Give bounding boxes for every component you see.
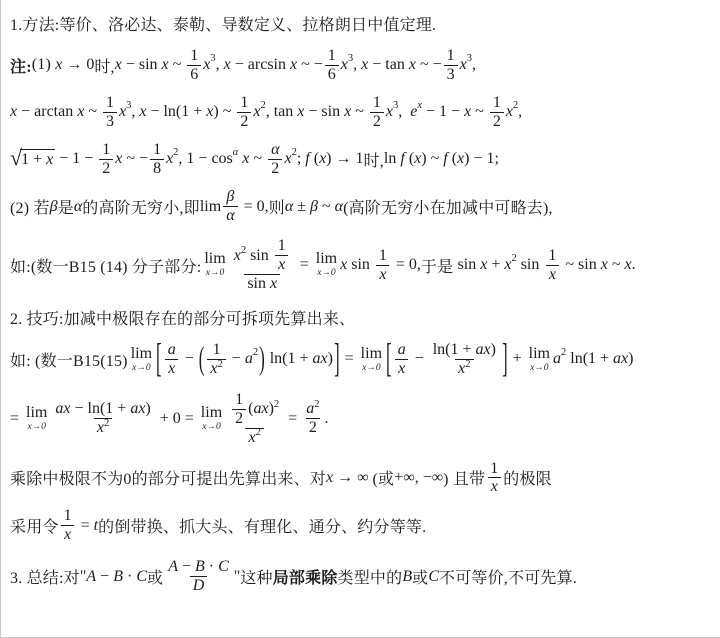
text-run: − sin bbox=[304, 103, 344, 121]
fraction: 12 bbox=[99, 141, 113, 178]
text-run: 如:(数一B15 (14) 分子部分: bbox=[10, 254, 201, 277]
text-run: C bbox=[428, 568, 439, 586]
text-run: ax bbox=[55, 400, 70, 418]
text-run: , bbox=[178, 150, 186, 168]
text-run: ~ bbox=[249, 150, 266, 168]
text-run: sin bbox=[246, 247, 273, 265]
text-run: 时, bbox=[94, 54, 114, 77]
text-run: 于是 bbox=[421, 254, 458, 277]
text-run: 乘除中极限不为0的部分可提出先算出来、对 bbox=[10, 466, 326, 489]
fraction-numerator: β bbox=[223, 188, 237, 206]
fraction-numerator: 1 bbox=[237, 94, 251, 112]
fraction-numerator: 1 bbox=[232, 391, 246, 409]
text-run: = 0, bbox=[392, 256, 421, 274]
text-run: ~ sin bbox=[561, 256, 600, 274]
fraction: βα bbox=[223, 188, 237, 225]
fraction-denominator: α bbox=[223, 206, 237, 225]
text-run: 3 bbox=[447, 66, 455, 84]
text-run: a bbox=[553, 350, 561, 368]
text-run: − bbox=[178, 558, 195, 576]
text-run: f bbox=[305, 150, 313, 168]
text-run: = bbox=[341, 350, 358, 368]
superscript: 2 bbox=[256, 428, 261, 439]
fraction-denominator: D bbox=[190, 576, 208, 595]
superscript: 2 bbox=[561, 348, 566, 359]
fraction: 1x bbox=[545, 247, 559, 284]
superscript: 2 bbox=[104, 419, 109, 430]
text-run: 或 bbox=[147, 565, 163, 588]
text-run: (高阶无穷小在加减中可略去), bbox=[343, 195, 553, 218]
fraction-numerator: 1 bbox=[210, 341, 224, 359]
text-run: (或 bbox=[373, 466, 395, 489]
text-run: a bbox=[306, 400, 314, 418]
text-run: x bbox=[234, 247, 241, 265]
text-run: 2 bbox=[373, 113, 381, 131]
text-run: B bbox=[195, 558, 205, 576]
text-run: x bbox=[253, 103, 260, 121]
text-run: 是 bbox=[58, 195, 74, 218]
text-run: 1 bbox=[373, 94, 381, 112]
fraction-numerator: 1 bbox=[61, 507, 75, 525]
limit-operator: limx→0 bbox=[361, 346, 382, 374]
text-run: 1 bbox=[447, 47, 455, 65]
text-run: x bbox=[290, 56, 297, 74]
text-run: ax bbox=[130, 400, 145, 418]
text-run: · bbox=[123, 568, 136, 586]
limit-subscript: x→0 bbox=[27, 423, 45, 433]
text-run: x bbox=[210, 360, 217, 378]
fraction-denominator: x bbox=[275, 255, 288, 274]
text-run: − bbox=[181, 350, 198, 368]
text-run: = bbox=[77, 517, 94, 535]
fraction: 12 bbox=[370, 94, 384, 131]
fraction-denominator: x bbox=[165, 359, 178, 378]
text-run: x bbox=[506, 103, 513, 121]
text-run: x bbox=[409, 56, 416, 74]
text-run: x bbox=[284, 150, 291, 168]
text-run: ~ − bbox=[416, 56, 442, 74]
document-content: 1.方法:等价、洛必达、泰勒、导数定义、拉格朗日中值定理.注:(1) x → 0… bbox=[10, 12, 716, 595]
text-run: x bbox=[270, 275, 277, 293]
fraction-denominator: 3 bbox=[103, 112, 117, 131]
fraction: a22 bbox=[303, 400, 322, 437]
superscript: 2 bbox=[218, 360, 223, 371]
superscript: 2 bbox=[314, 400, 319, 411]
limit-label: lim bbox=[529, 346, 550, 362]
text-run: → ∞ bbox=[333, 469, 372, 487]
fraction-denominator: 3 bbox=[444, 65, 458, 84]
text-run: α bbox=[74, 198, 82, 216]
fraction-denominator: 6 bbox=[325, 65, 339, 84]
superscript: 3 bbox=[393, 101, 398, 112]
text-run: C bbox=[218, 558, 229, 576]
text-run: x bbox=[480, 256, 487, 274]
fraction-numerator: 1 bbox=[325, 47, 339, 65]
text-run: x bbox=[386, 103, 393, 121]
superscript: 2 bbox=[260, 101, 265, 112]
text-run: A bbox=[168, 558, 178, 576]
fraction-denominator: x bbox=[395, 359, 408, 378]
text-run: β bbox=[226, 188, 234, 206]
fraction-denominator: x bbox=[376, 265, 389, 284]
text-run: x bbox=[398, 360, 405, 378]
text-run: x bbox=[10, 103, 17, 121]
text-run: 1 bbox=[235, 391, 243, 409]
fraction: 16 bbox=[187, 47, 201, 84]
text-run: 1 bbox=[548, 247, 556, 265]
line-11: 采用令1x = t的倒带换、抓大头、有理化、通分、约分等等. bbox=[10, 507, 716, 544]
fraction-denominator: 8 bbox=[150, 159, 164, 178]
text-run: x bbox=[414, 150, 421, 168]
text-run: x bbox=[278, 256, 285, 274]
bold-text: 注: bbox=[10, 54, 32, 77]
fraction-denominator: 2 bbox=[237, 112, 251, 131]
fraction-denominator: 2 bbox=[268, 159, 282, 178]
fraction: ln(1 + ax)x2 bbox=[430, 341, 499, 378]
fraction-numerator: 1 bbox=[376, 247, 390, 265]
text-run: ) bbox=[628, 350, 633, 368]
limit-operator: limx→0 bbox=[316, 251, 337, 279]
fraction-numerator: 1 bbox=[545, 247, 559, 265]
text-run: lim bbox=[200, 198, 221, 216]
text-run: ~ − bbox=[297, 56, 323, 74]
text-run: x bbox=[341, 56, 348, 74]
line-2: 注:(1) x → 0时,x − sin x ~ 16x3, x − arcsi… bbox=[10, 47, 716, 84]
text-run: 1 bbox=[153, 141, 161, 159]
text-run: 3 bbox=[106, 113, 114, 131]
limit-subscript: x→0 bbox=[530, 364, 548, 374]
limit-operator: limx→0 bbox=[201, 405, 222, 433]
bracket-delimiter: [ bbox=[386, 336, 392, 383]
text-run: 类型中的 bbox=[338, 565, 403, 588]
text-run: x bbox=[166, 150, 173, 168]
text-run: ln(1 + bbox=[266, 350, 313, 368]
text-run: x bbox=[549, 266, 556, 284]
text-run: 这种 bbox=[240, 565, 272, 588]
fraction: 1x bbox=[61, 507, 75, 544]
superscript: 2 bbox=[241, 246, 246, 257]
bold-text: 局部乘除 bbox=[273, 565, 338, 588]
text-run: α bbox=[226, 207, 234, 225]
radicand: 1 + x bbox=[20, 149, 55, 169]
fraction-numerator: x2 sin 1x bbox=[231, 237, 294, 274]
limit-operator: limx→0 bbox=[529, 346, 550, 374]
fraction: 13 bbox=[444, 47, 458, 84]
text-run: ) bbox=[491, 341, 496, 359]
limit-subscript: x→0 bbox=[132, 364, 150, 374]
limit-subscript: x→0 bbox=[362, 364, 380, 374]
fraction: 16 bbox=[325, 47, 339, 84]
text-run: D bbox=[193, 577, 205, 595]
text-run: 的极限 bbox=[503, 466, 552, 489]
line-9: = limx→0ax − ln(1 + ax)x2 + 0 = limx→012… bbox=[10, 391, 716, 447]
fraction: 1x bbox=[275, 237, 289, 274]
limit-label: lim bbox=[26, 405, 47, 421]
fraction-numerator: a2 bbox=[303, 400, 322, 418]
fraction-numerator: α bbox=[268, 141, 282, 159]
text-run: 1 − cos bbox=[186, 150, 232, 168]
text-run: x bbox=[97, 419, 104, 437]
fraction-denominator: sin x bbox=[244, 274, 280, 293]
text-run: 1 bbox=[106, 94, 114, 112]
text-run: β bbox=[50, 198, 58, 216]
fraction: A − B · CD bbox=[165, 558, 232, 595]
text-run: 不可等价,不可先算. bbox=[439, 565, 577, 588]
text-run: ± bbox=[293, 198, 310, 216]
text-run: x bbox=[224, 56, 231, 74]
text-run: a bbox=[168, 341, 176, 359]
text-run: 2 bbox=[235, 410, 243, 428]
text-run: 则 bbox=[269, 195, 285, 218]
text-run: tan bbox=[274, 103, 298, 121]
text-run: x bbox=[464, 103, 471, 121]
limit-label: lim bbox=[204, 251, 225, 267]
fraction-numerator: 12(ax)2 bbox=[227, 391, 282, 428]
text-run: ax bbox=[613, 350, 628, 368]
text-run: , bbox=[518, 103, 522, 121]
superscript: x bbox=[417, 101, 422, 112]
text-run: 1 bbox=[64, 507, 72, 525]
text-run: C bbox=[136, 568, 147, 586]
text-run: , bbox=[472, 56, 476, 74]
limit-operator: limx→0 bbox=[26, 405, 47, 433]
text-run: x bbox=[77, 103, 84, 121]
fraction: 12 bbox=[490, 94, 504, 131]
text-run: x bbox=[601, 256, 608, 274]
text-run: x bbox=[504, 256, 511, 274]
fraction: 12 bbox=[237, 94, 251, 131]
text-run: x bbox=[203, 56, 210, 74]
fraction: α2 bbox=[268, 141, 282, 178]
text-run: − 1 − bbox=[422, 103, 464, 121]
fraction-denominator: 6 bbox=[187, 65, 201, 84]
text-run: ~ bbox=[351, 103, 368, 121]
text-run: 1 bbox=[278, 237, 286, 255]
text-run: − bbox=[228, 350, 245, 368]
text-run: x bbox=[168, 360, 175, 378]
fraction: ax − ln(1 + ax)x2 bbox=[52, 400, 153, 437]
text-run: · bbox=[205, 558, 218, 576]
text-run: 时, bbox=[364, 148, 384, 171]
text-run: ~ bbox=[608, 256, 625, 274]
text-run: 1 bbox=[102, 141, 110, 159]
text-run: x bbox=[361, 56, 368, 74]
fraction-denominator: x2 bbox=[207, 359, 225, 378]
text-run: 1 + bbox=[21, 151, 46, 169]
text-run: 8 bbox=[153, 160, 161, 178]
superscript: 2 bbox=[292, 148, 297, 159]
text-run: 或 bbox=[412, 565, 428, 588]
fraction: 18 bbox=[150, 141, 164, 178]
superscript: 2 bbox=[274, 400, 279, 411]
text-run: ) → 1 bbox=[326, 150, 363, 168]
text-run: x bbox=[55, 56, 62, 74]
text-run: − tan bbox=[368, 56, 409, 74]
text-run: B bbox=[402, 568, 412, 586]
text-run: 1.方法:等价、洛必达、泰勒、导数定义、拉格朗日中值定理. bbox=[10, 12, 436, 35]
text-run: f bbox=[443, 150, 451, 168]
limit-subscript: x→0 bbox=[202, 423, 220, 433]
fraction-denominator: x bbox=[546, 265, 559, 284]
superscript: 3 bbox=[210, 54, 215, 65]
text-run: − arcsin bbox=[231, 56, 290, 74]
fraction: 1x bbox=[487, 460, 501, 497]
line-3: x − arctan x ~ 13x3, x − ln(1 + x) ~ 12x… bbox=[10, 94, 716, 131]
text-run: α bbox=[335, 198, 343, 216]
text-run: ) − 1; bbox=[464, 150, 499, 168]
text-run: x bbox=[242, 150, 249, 168]
text-run: 1 bbox=[190, 47, 198, 65]
text-run: = bbox=[284, 410, 301, 428]
text-run: ) ~ bbox=[421, 150, 443, 168]
bracket-delimiter: ( bbox=[199, 340, 205, 379]
superscript: 2 bbox=[513, 101, 518, 112]
superscript: 3 bbox=[348, 54, 353, 65]
text-run: 如: (数一B15(15) bbox=[10, 348, 128, 371]
text-run: = bbox=[296, 256, 313, 274]
bracket-delimiter: ] bbox=[502, 336, 508, 383]
line-10: 乘除中极限不为0的部分可提出先算出来、对x → ∞ (或+∞, −∞) 且带1x… bbox=[10, 460, 716, 497]
text-run: → 0 bbox=[62, 56, 94, 74]
text-run: , bbox=[266, 103, 274, 121]
fraction-numerator: 1 bbox=[487, 460, 501, 478]
text-run: (1) bbox=[32, 56, 55, 74]
text-run: a bbox=[245, 350, 253, 368]
bracket-delimiter: ) bbox=[259, 340, 265, 379]
limit-subscript: x→0 bbox=[317, 269, 335, 279]
text-run: 采用令 bbox=[10, 514, 59, 537]
fraction-denominator: 2 bbox=[306, 418, 320, 437]
fraction-numerator: 1 bbox=[99, 141, 113, 159]
text-run: = bbox=[10, 410, 23, 428]
document-page: 1.方法:等价、洛必达、泰勒、导数定义、拉格朗日中值定理.注:(1) x → 0… bbox=[0, 0, 720, 638]
fraction: 13 bbox=[103, 94, 117, 131]
fraction-numerator: 1 bbox=[187, 47, 201, 65]
fraction-denominator: x2 bbox=[455, 359, 473, 378]
line-1: 1.方法:等价、洛必达、泰勒、导数定义、拉格朗日中值定理. bbox=[10, 12, 716, 35]
text-run: x bbox=[458, 360, 465, 378]
text-run: ) 且带 bbox=[443, 466, 485, 489]
fraction-denominator: x2 bbox=[94, 418, 112, 437]
text-run: 1 bbox=[240, 94, 248, 112]
text-run: sin bbox=[347, 256, 374, 274]
text-run: x bbox=[344, 103, 351, 121]
text-run: 2. 技巧:加减中极限存在的部分可拆项先算出来、 bbox=[10, 306, 355, 329]
superscript: 3 bbox=[467, 54, 472, 65]
text-run: 3. 总结:对 bbox=[10, 565, 80, 588]
text-run: ~ bbox=[169, 56, 186, 74]
text-run: , bbox=[353, 56, 361, 74]
fraction-denominator: 2 bbox=[232, 409, 246, 428]
fraction: ax bbox=[165, 341, 179, 378]
text-run: ln(1 + bbox=[566, 350, 613, 368]
fraction-numerator: 1 bbox=[275, 237, 289, 255]
text-run: 2 bbox=[493, 113, 501, 131]
fraction-numerator: 1 bbox=[370, 94, 384, 112]
fraction-numerator: A − B · C bbox=[165, 558, 232, 576]
text-run: α bbox=[285, 198, 293, 216]
text-run: a bbox=[398, 341, 406, 359]
fraction-denominator: x bbox=[61, 525, 74, 544]
text-run: − ln(1 + bbox=[70, 400, 130, 418]
text-run: 1 bbox=[328, 47, 336, 65]
text-run: ln(1 + bbox=[433, 341, 476, 359]
text-run: x bbox=[248, 429, 255, 447]
text-run: x bbox=[64, 526, 71, 544]
limit-subscript: x→0 bbox=[206, 269, 224, 279]
bracket-delimiter: ] bbox=[334, 336, 340, 383]
fraction-denominator: x2 bbox=[245, 428, 263, 447]
text-run: f bbox=[400, 150, 408, 168]
text-run: = 0, bbox=[240, 198, 269, 216]
text-run: 2 bbox=[240, 113, 248, 131]
text-run: ~ bbox=[84, 103, 101, 121]
text-run: A bbox=[86, 568, 96, 586]
text-run: − sin bbox=[122, 56, 162, 74]
fraction-numerator: a bbox=[395, 341, 409, 359]
sqrt-radical: √1 + x bbox=[10, 149, 55, 169]
text-run: x bbox=[460, 56, 467, 74]
fraction-denominator: 2 bbox=[370, 112, 384, 131]
limit-operator: limx→0 bbox=[131, 346, 152, 374]
text-run: 1 bbox=[493, 94, 501, 112]
text-run: 6 bbox=[190, 66, 198, 84]
text-run: ln bbox=[384, 150, 400, 168]
limit-label: lim bbox=[131, 346, 152, 362]
superscript: 2 bbox=[511, 254, 516, 265]
fraction-numerator: ax − ln(1 + ax) bbox=[52, 400, 153, 418]
superscript: 2 bbox=[173, 148, 178, 159]
fraction-numerator: a bbox=[165, 341, 179, 359]
superscript: 2 bbox=[465, 360, 470, 371]
text-run: 的倒带换、抓大头、有理化、通分、约分等等. bbox=[98, 514, 426, 537]
fraction: 12(ax)2x2 bbox=[227, 391, 282, 447]
text-run: x bbox=[340, 256, 347, 274]
limit-label: lim bbox=[361, 346, 382, 362]
text-run: +∞, −∞ bbox=[394, 469, 443, 487]
text-run: (2) 若 bbox=[10, 195, 50, 218]
line-5: (2) 若β是α的高阶无穷小,即limβα = 0,则α ± β ~ α(高阶无… bbox=[10, 188, 716, 225]
limit-label: lim bbox=[201, 405, 222, 421]
line-4: √1 + x − 1 − 12x ~ −18x2, 1 − cosα x ~ α… bbox=[10, 141, 716, 178]
text-run: . bbox=[632, 256, 636, 274]
fraction: 1x bbox=[376, 247, 390, 284]
text-run: sin bbox=[247, 275, 270, 293]
text-run: ) ~ bbox=[213, 103, 235, 121]
text-run: ax bbox=[253, 400, 268, 418]
fraction: ax bbox=[395, 341, 409, 378]
superscript: 2 bbox=[253, 348, 258, 359]
limit-operator: limx→0 bbox=[204, 251, 225, 279]
text-run: 2 bbox=[271, 160, 279, 178]
text-run: ) bbox=[328, 350, 333, 368]
text-run: sin bbox=[458, 256, 481, 274]
text-run: x bbox=[119, 103, 126, 121]
text-run: , bbox=[216, 56, 224, 74]
text-run: x bbox=[115, 56, 122, 74]
text-run: ax bbox=[313, 350, 328, 368]
fraction-denominator: x bbox=[488, 477, 501, 496]
text-run: x bbox=[139, 103, 146, 121]
line-6: 如:(数一B15 (14) 分子部分:limx→0x2 sin 1xsin x … bbox=[10, 237, 716, 293]
text-run: − bbox=[96, 568, 113, 586]
text-run: . bbox=[324, 410, 328, 428]
text-run: x bbox=[491, 478, 498, 496]
text-run: ) bbox=[145, 400, 150, 418]
line-12: 3. 总结:对"A − B · C或A − B · CD"这种局部乘除类型中的B… bbox=[10, 558, 716, 595]
limit-label: lim bbox=[316, 251, 337, 267]
text-run: , bbox=[398, 103, 410, 121]
